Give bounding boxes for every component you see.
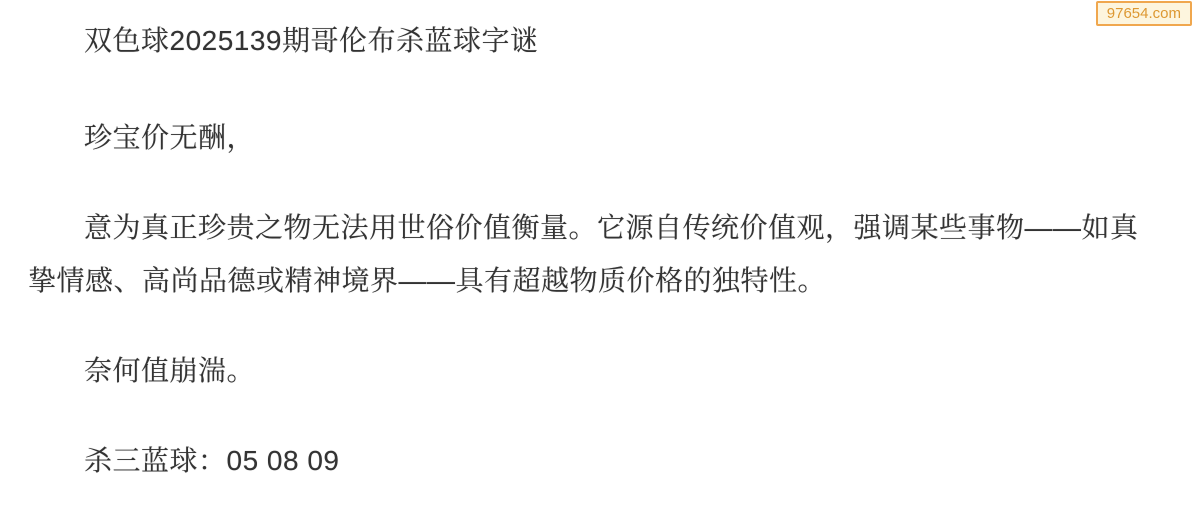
- paragraph-riddle-line-2: 奈何值崩湍。: [28, 344, 1152, 397]
- paragraph-explanation: 意为真正珍贵之物无法用世俗价值衡量。它源自传统价值观，强调某些事物——如真挚情感…: [28, 201, 1152, 307]
- paragraph-kill-blue-result: 杀三蓝球：05 08 09: [28, 434, 1152, 487]
- watermark-site-link[interactable]: 97654.com: [1096, 1, 1192, 26]
- article-title: 双色球2025139期哥伦布杀蓝球字谜: [28, 14, 1152, 67]
- article-body: 双色球2025139期哥伦布杀蓝球字谜 珍宝价无酬， 意为真正珍贵之物无法用世俗…: [0, 0, 1197, 487]
- paragraph-riddle-line-1: 珍宝价无酬，: [28, 111, 1152, 164]
- article-page: 97654.com 双色球2025139期哥伦布杀蓝球字谜 珍宝价无酬， 意为真…: [0, 0, 1197, 530]
